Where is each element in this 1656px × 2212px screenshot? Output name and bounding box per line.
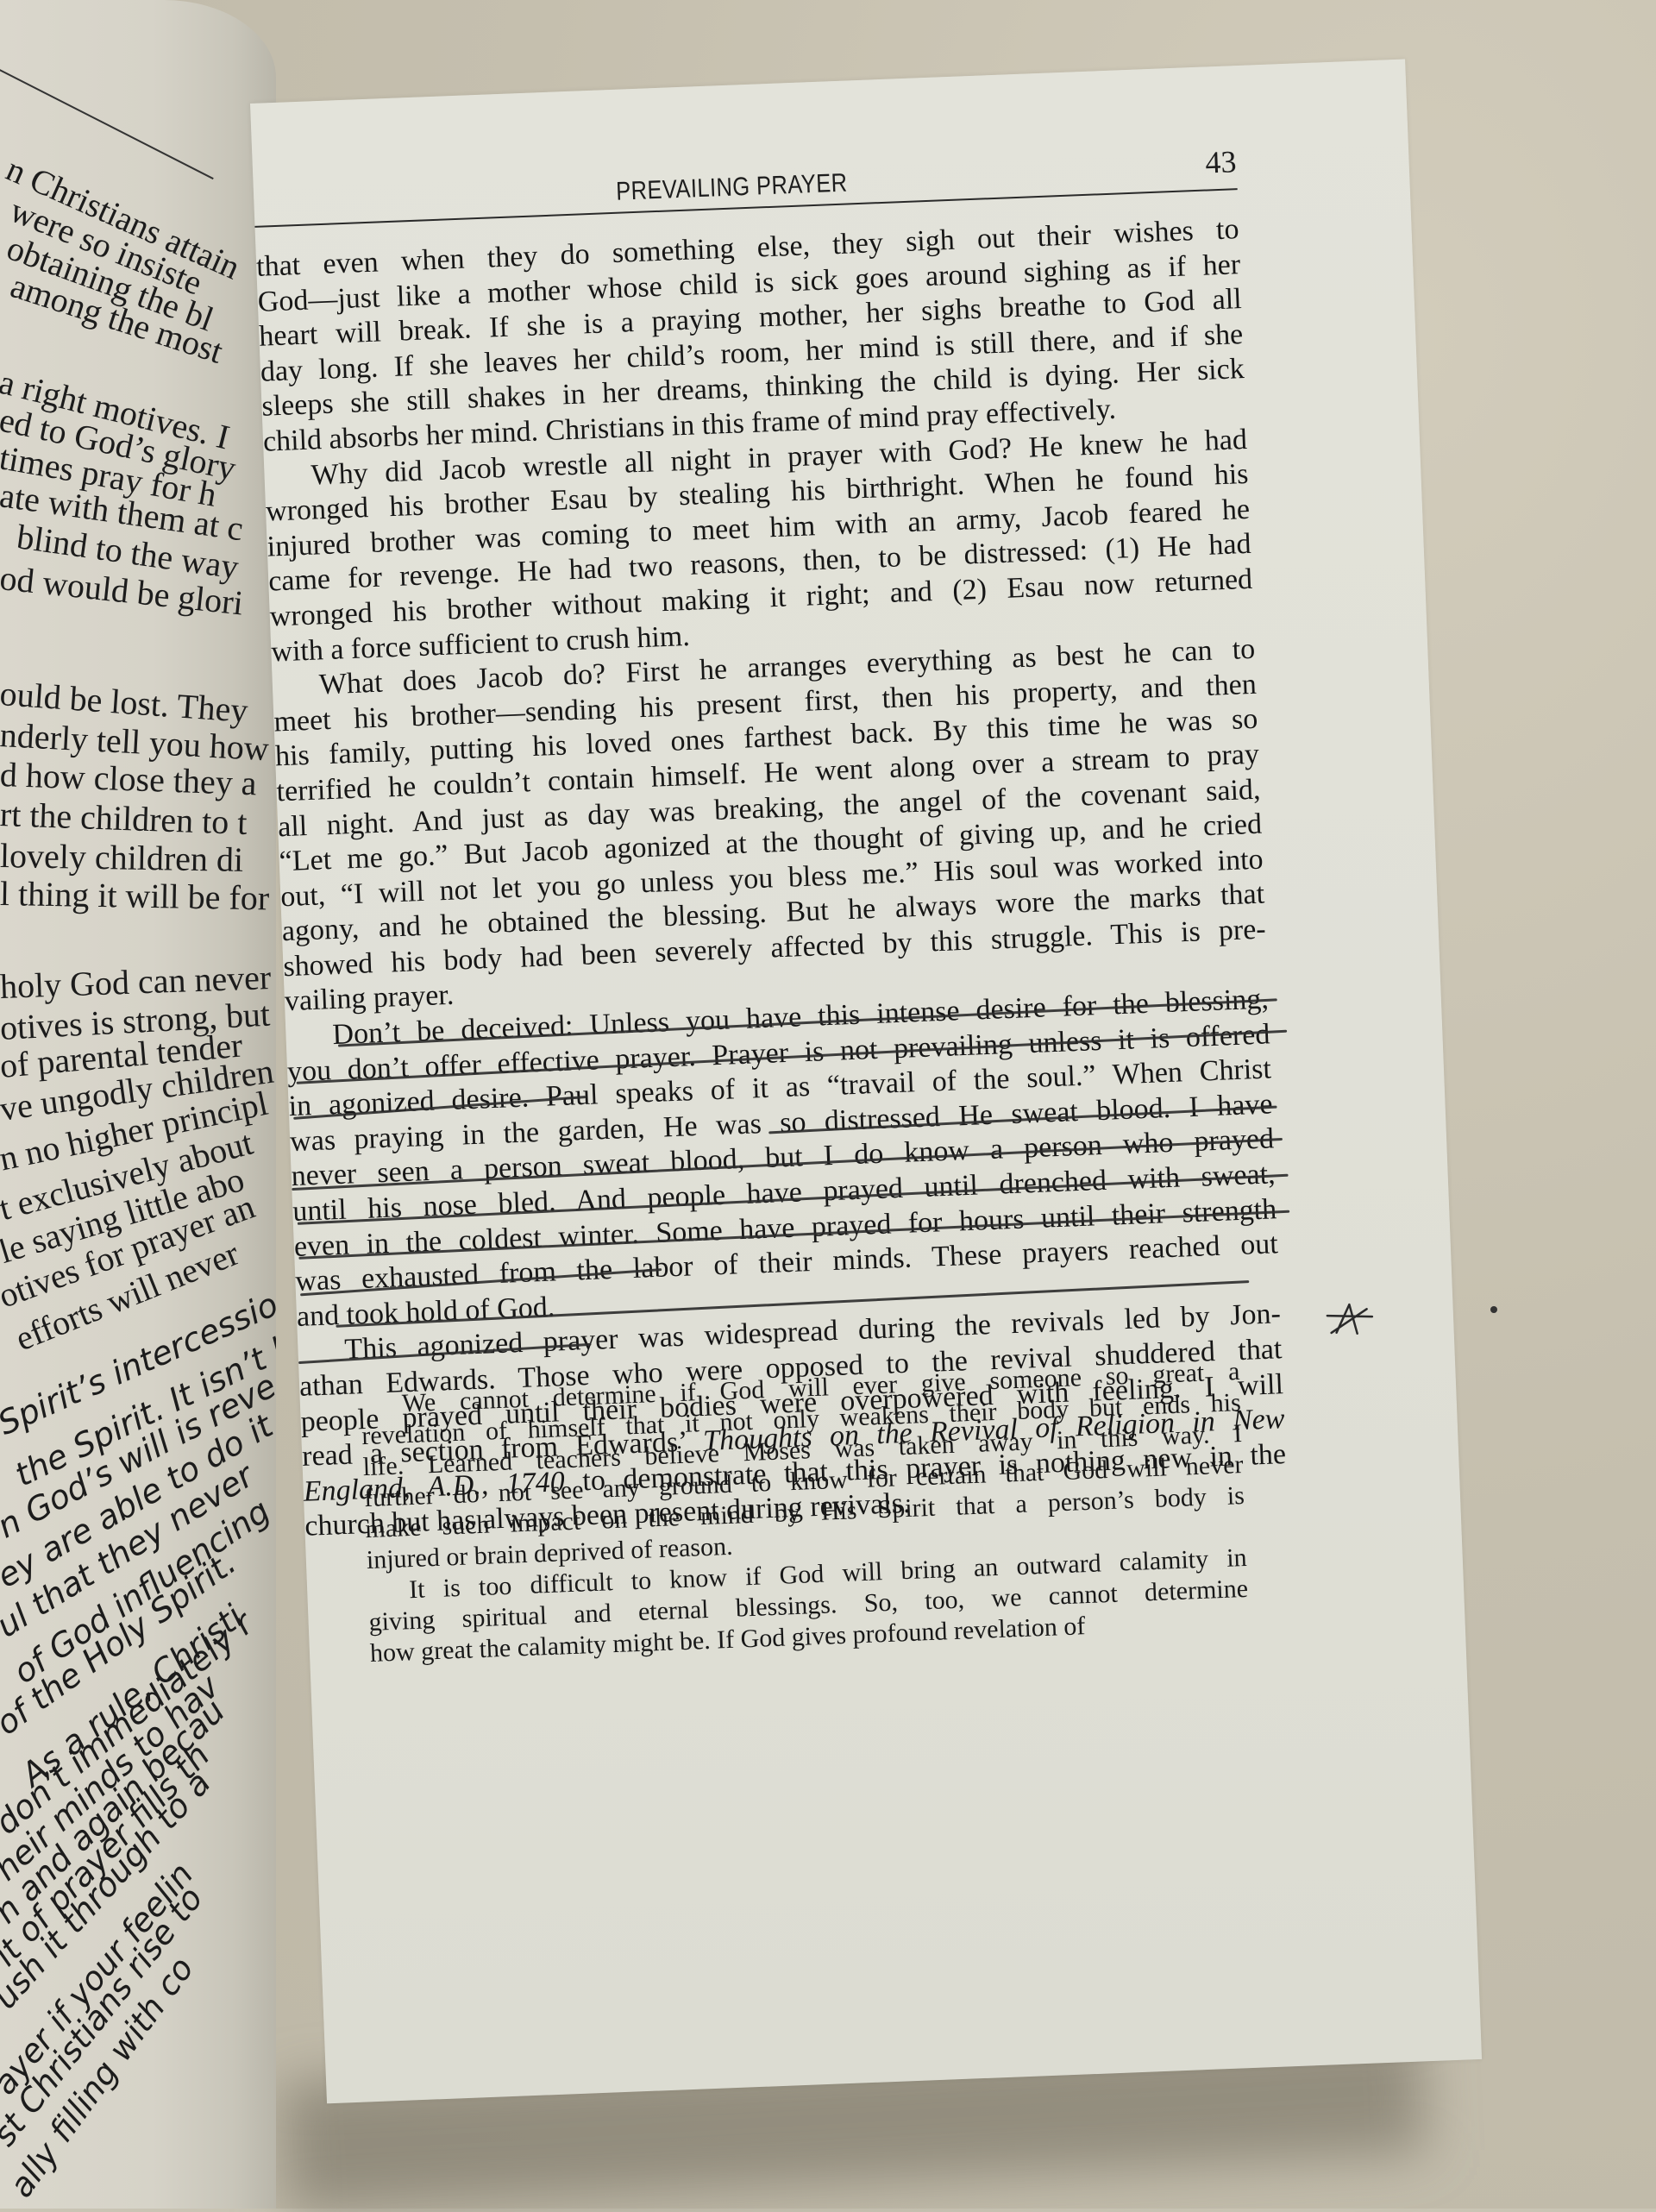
star-margin-icon: [1323, 1302, 1376, 1338]
left-page: n Christians attainwere so insisteobtain…: [0, 0, 276, 2209]
body-text: that even when they do something else, t…: [256, 212, 1289, 1545]
block-quote: We cannot determine if God will ever giv…: [360, 1356, 1250, 1669]
running-head: PREVAILING PRAYER 43: [253, 143, 1237, 228]
running-title: PREVAILING PRAYER: [616, 168, 849, 206]
page-number: 43: [1205, 143, 1238, 180]
left-page-line: l thing it will be for: [0, 873, 270, 918]
paper-speck: [1490, 1306, 1497, 1313]
right-page: PREVAILING PRAYER 43 that even when they…: [250, 60, 1482, 2104]
